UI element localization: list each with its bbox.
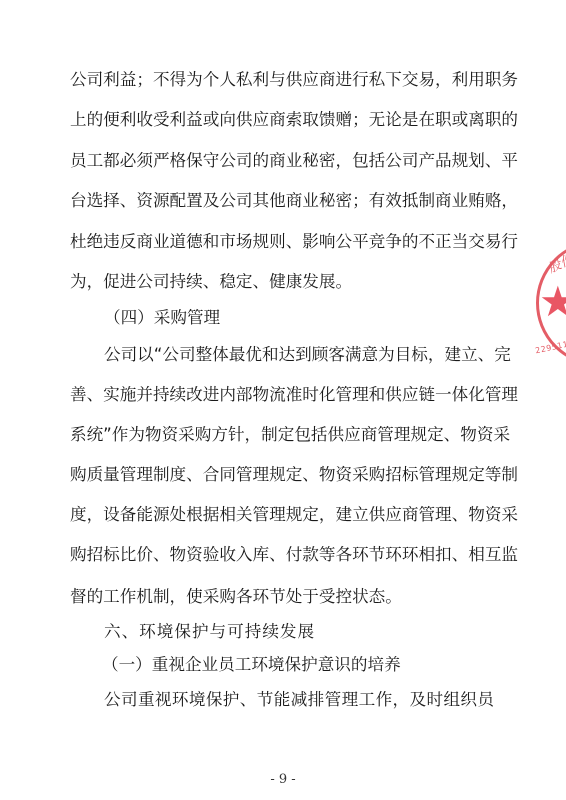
star-icon: ★	[539, 281, 566, 323]
page-number: - 9 -	[0, 772, 566, 787]
paragraph-2-line-5: 度，设备能源处根据相关管理规定，建立供应商管理、物资采	[70, 504, 494, 526]
paragraph-1-line-2: 上的便利收受利益或向供应商索取馈赠；无论是在职或离职的	[70, 109, 494, 131]
section-heading-environment-awareness: （一）重视企业员工环境保护意识的培养	[102, 654, 526, 676]
paragraph-2-line-2: 善、实施并持续改进内部物流准时化管理和供应链一体化管理	[70, 384, 494, 406]
paragraph-1-line-6: 为，促进公司持续、稳定、健康发展。	[70, 271, 494, 293]
paragraph-1-line-4: 台选择、资源配置及公司其他商业秘密；有效抵制商业贿赂，	[70, 190, 494, 212]
paragraph-2-line-6: 购招标比价、物资验收入库、付款等各环节环环相扣、相互监	[70, 544, 494, 566]
paragraph-1-line-3: 员工都必须严格保守公司的商业秘密，包括公司产品规划、平	[70, 150, 494, 172]
paragraph-1-line-5: 杜绝违反商业道德和市场规则、影响公平竞争的不正当交易行	[70, 231, 494, 253]
chapter-heading-environment: 六、环境保护与可持续发展	[104, 621, 528, 643]
section-heading-procurement: （四）采购管理	[104, 307, 528, 329]
paragraph-2-line-4: 购质量管理制度、合同管理规定、物资采购招标管理规定等制	[70, 464, 494, 486]
document-page: 公司利益；不得为个人私利与供应商进行私下交易，利用职务 上的便利收受利益或向供应…	[0, 0, 566, 800]
paragraph-2-line-1: 公司以“公司整体最优和达到顾客满意为目标，建立、完	[104, 344, 494, 366]
company-seal-stamp: 股份 ★ 229511	[536, 240, 566, 366]
paragraph-2-line-3: 系统”作为物资采购方针，制定包括供应商管理规定、物资采	[70, 424, 494, 446]
stamp-text: 股份	[544, 248, 566, 276]
paragraph-3-line-1: 公司重视环境保护、节能减排管理工作，及时组织员	[104, 689, 494, 711]
paragraph-2-line-7: 督的工作机制，使采购各环节处于受控状态。	[70, 586, 494, 608]
paragraph-1-line-1: 公司利益；不得为个人私利与供应商进行私下交易，利用职务	[70, 69, 494, 91]
stamp-number: 229511	[534, 340, 566, 356]
